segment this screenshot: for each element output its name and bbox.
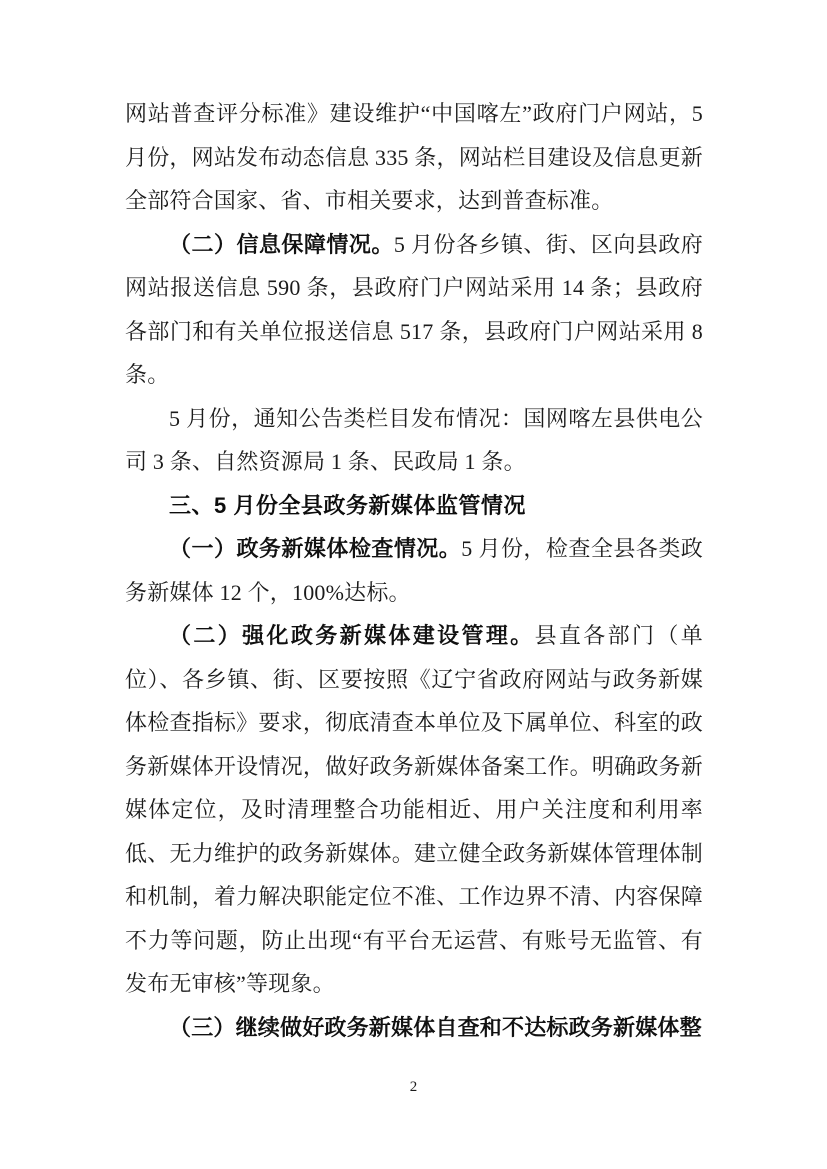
paragraph-continuation: 网站普查评分标准》建设维护“中国喀左”政府门户网站，5 月份，网站发布动态信息 …	[125, 92, 703, 223]
paragraph-text: 5 月份，通知公告类栏目发布情况：国网喀左县供电公司 3 条、自然资源局 1 条…	[125, 406, 703, 475]
paragraph-lead: （一）政务新媒体检查情况。	[169, 536, 461, 561]
page-number: 2	[0, 1077, 827, 1097]
paragraph-lead: （二）信息保障情况。	[169, 232, 394, 257]
paragraph-newmedia-selfcheck: （三）继续做好政务新媒体自查和不达标政务新媒体整	[125, 1006, 703, 1050]
paragraph-lead: （三）继续做好政务新媒体自查和不达标政务新媒体整	[169, 1015, 702, 1040]
paragraph-lead: （二）强化政务新媒体建设管理。	[169, 623, 535, 648]
paragraph-text: 网站普查评分标准》建设维护“中国喀左”政府门户网站，5 月份，网站发布动态信息 …	[125, 101, 703, 213]
paragraph-newmedia-check: （一）政务新媒体检查情况。5 月份，检查全县各类政务新媒体 12 个，100%达…	[125, 527, 703, 614]
section-heading: 三、5 月份全县政务新媒体监管情况	[125, 484, 703, 528]
paragraph-newmedia-management: （二）强化政务新媒体建设管理。县直各部门（单位）、各乡镇、街、区要按照《辽宁省政…	[125, 614, 703, 1006]
paragraph-text: 县直各部门（单位）、各乡镇、街、区要按照《辽宁省政府网站与政务新媒体检查指标》要…	[125, 623, 703, 996]
paragraph-notice-columns: 5 月份，通知公告类栏目发布情况：国网喀左县供电公司 3 条、自然资源局 1 条…	[125, 397, 703, 484]
page-body: 网站普查评分标准》建设维护“中国喀左”政府门户网站，5 月份，网站发布动态信息 …	[125, 92, 703, 1049]
paragraph-info-guarantee: （二）信息保障情况。5 月份各乡镇、街、区向县政府网站报送信息 590 条，县政…	[125, 223, 703, 397]
document-page: 网站普查评分标准》建设维护“中国喀左”政府门户网站，5 月份，网站发布动态信息 …	[0, 0, 827, 1169]
